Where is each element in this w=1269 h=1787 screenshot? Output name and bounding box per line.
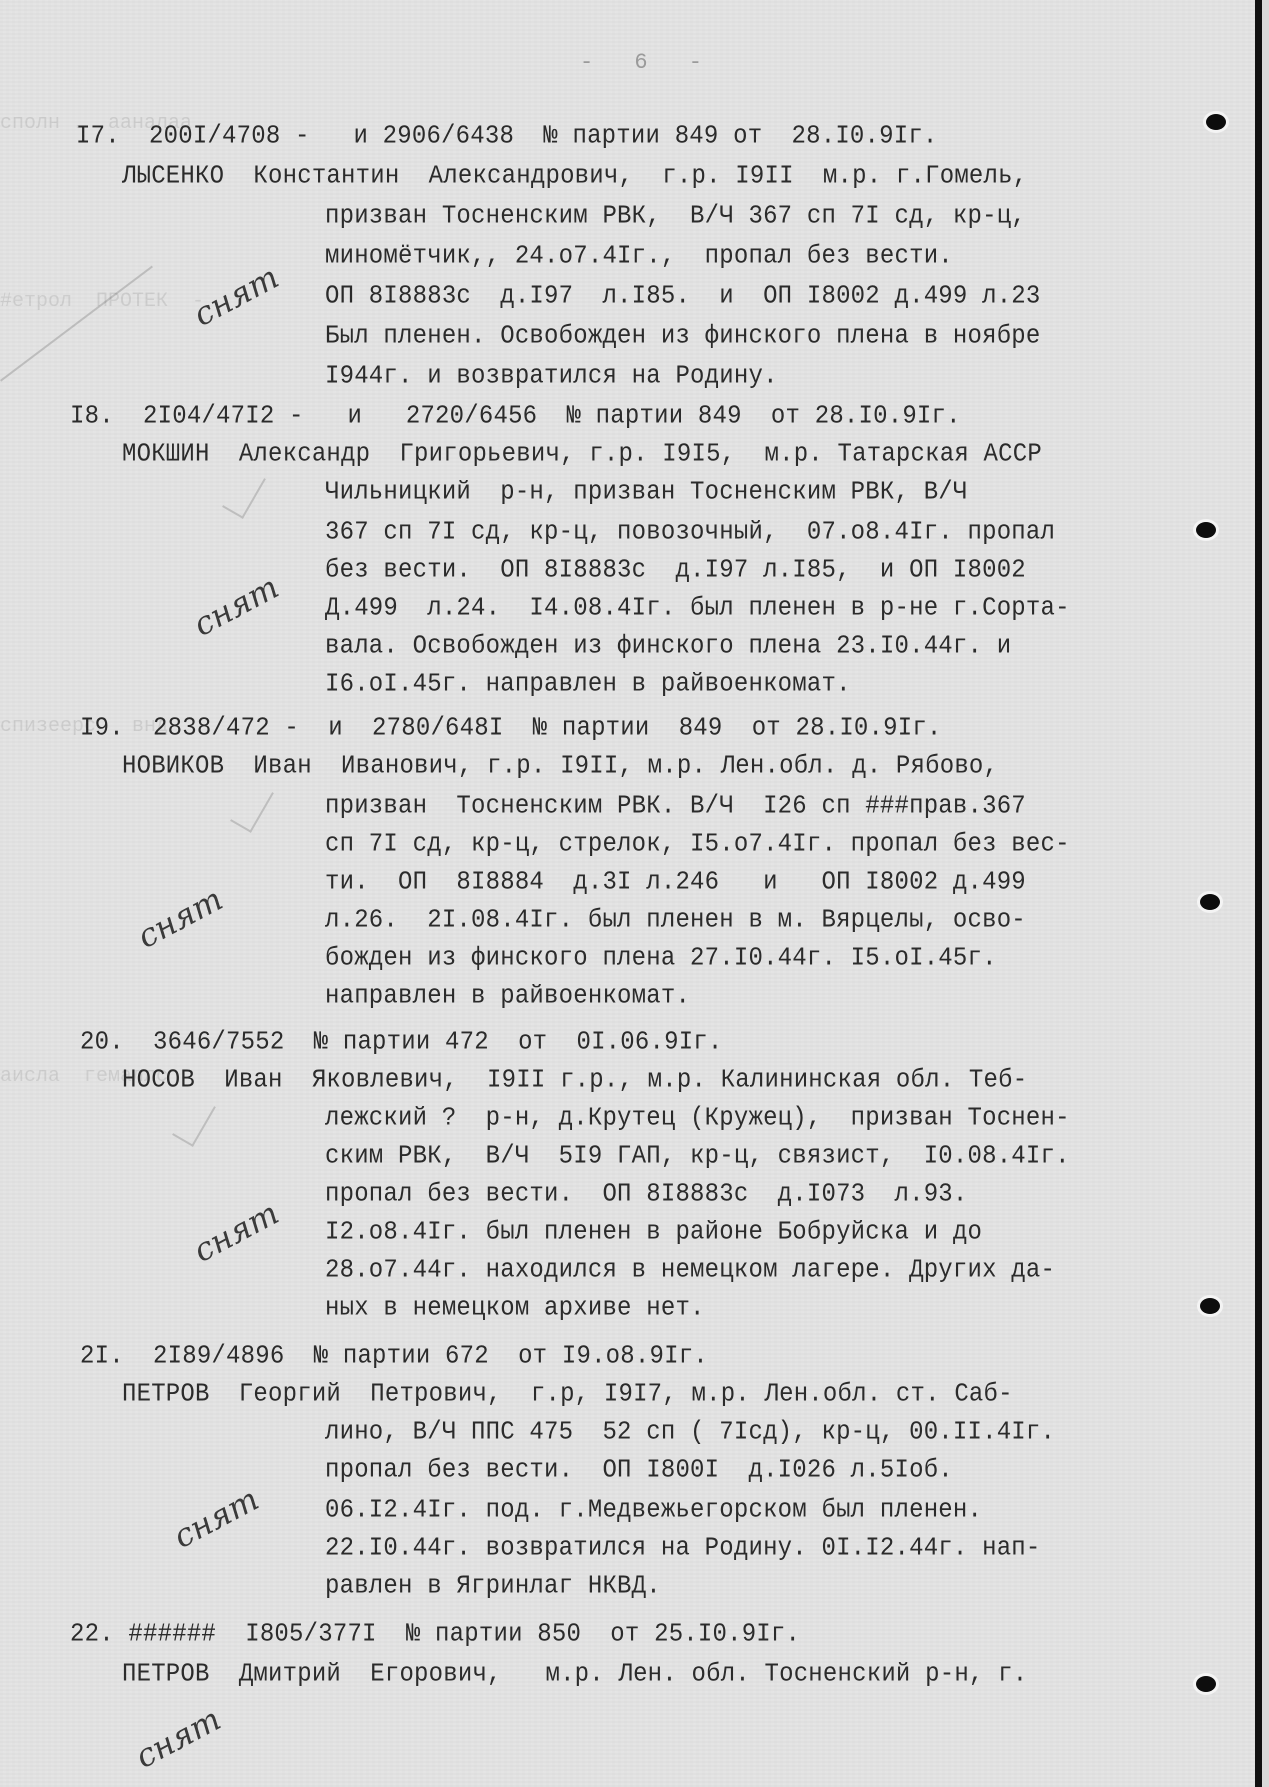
entry-17-line: Был пленен. Освобожден из финского плена… [325, 322, 1041, 351]
handwritten-annotation: снят [187, 568, 285, 644]
entry-19-name: НОВИКОВ Иван Иванович, г.р. I9II, м.р. Л… [122, 752, 998, 781]
entry-18-line: вала. Освобожден из финского плена 23.I0… [325, 632, 1011, 661]
entry-19-line: ти. ОП 8I8884 д.3I л.246 и ОП I8002 д.49… [325, 868, 1026, 897]
entry-20-line: I2.о8.4Iг. был пленен в районе Бобруйска… [325, 1218, 982, 1247]
check-mark [172, 1095, 216, 1147]
entry-19-line: призван Тосненским РВК. В/Ч I26 сп ###пр… [325, 792, 1026, 821]
entry-18-name: МОКШИН Александр Григорьевич, г.р. I9I5,… [122, 440, 1042, 469]
punch-hole [1200, 894, 1220, 910]
page-number: - 6 - [580, 50, 716, 75]
entry-20-line: лежский ? р-н, д.Крутец (Кружец), призва… [325, 1104, 1070, 1133]
entry-21-header: 2I. 2I89/4896 № партии 672 от I9.о8.9Iг. [80, 1342, 708, 1371]
document-page: сполн . ааналаа #етрол ПРОТЕК - спизеерс… [0, 0, 1262, 1787]
entry-19-header: I9. 2838/472 - и 2780/648I № партии 849 … [80, 714, 942, 743]
check-mark [230, 781, 274, 833]
handwritten-annotation: снят [129, 1700, 227, 1776]
entry-22-header: 22. ###### I805/377I № партии 850 от 25.… [70, 1620, 800, 1649]
entry-18-line: 367 сп 7I сд, кр-ц, повозочный, 07.о8.4I… [325, 518, 1055, 547]
entry-21-line: пропал без вести. ОП I800I д.I026 л.5Iоб… [325, 1456, 953, 1485]
entry-19-line: божден из финского плена 27.I0.44г. I5.о… [325, 944, 997, 973]
handwritten-annotation: снят [187, 258, 285, 334]
entry-21-name: ПЕТРОВ Георгий Петрович, г.р, I9I7, м.р.… [122, 1380, 1013, 1409]
entry-20-header: 20. 3646/7552 № партии 472 от 0I.06.9Iг. [80, 1028, 723, 1057]
entry-18-line: Д.499 л.24. I4.08.4Iг. был пленен в р-не… [325, 594, 1070, 623]
entry-20-line: 28.о7.44г. находился в немецком лагере. … [325, 1256, 1055, 1285]
scan-edge [1255, 0, 1262, 1787]
check-mark [222, 467, 266, 519]
entry-20-line: пропал без вести. ОП 8I8883с д.I073 л.93… [325, 1180, 968, 1209]
entry-20-name: НОСОВ Иван Яковлевич, I9II г.р., м.р. Ка… [122, 1066, 1027, 1095]
entry-19-line: направлен в райвоенкомат. [325, 982, 690, 1011]
bleed-through-text: #етрол ПРОТЕК - [0, 290, 204, 313]
entry-17-name: ЛЫСЕНКО Константин Александрович, г.р. I… [122, 162, 1027, 191]
entry-18-line: без вести. ОП 8I8883с д.I97 л.I85, и ОП … [325, 556, 1026, 585]
entry-22-name: ПЕТРОВ Дмитрий Егорович, м.р. Лен. обл. … [122, 1660, 1027, 1689]
entry-21-line: 22.I0.44г. возвратился на Родину. 0I.I2.… [325, 1534, 1041, 1563]
entry-20-line: ским РВК, В/Ч 5I9 ГАП, кр-ц, связист, I0… [325, 1142, 1070, 1171]
handwritten-annotation: снят [187, 1194, 285, 1270]
punch-hole [1206, 114, 1226, 130]
pencil-stroke [0, 266, 153, 382]
punch-hole [1200, 1298, 1220, 1314]
handwritten-annotation: снят [131, 880, 229, 956]
entry-17-line: призван Тосненским РВК, В/Ч 367 сп 7I сд… [325, 202, 1026, 231]
entry-21-line: равлен в Ягринлаг НКВД. [325, 1572, 661, 1601]
entry-17-header: I7. 200I/4708 - и 2906/6438 № партии 849… [76, 122, 938, 151]
handwritten-annotation: снят [167, 1480, 265, 1556]
entry-20-line: ных в немецком архиве нет. [325, 1294, 705, 1323]
entry-19-line: сп 7I сд, кр-ц, стрелок, I5.о7.4Iг. проп… [325, 830, 1070, 859]
entry-17-line: миномётчик,, 24.о7.4Iг., пропал без вест… [325, 242, 953, 271]
entry-21-line: 06.I2.4Iг. под. г.Медвежьегорском был пл… [325, 1496, 982, 1525]
entry-17-line: I944г. и возвратился на Родину. [325, 362, 778, 391]
entry-17-line: ОП 8I8883с д.I97 л.I85. и ОП I8002 д.499… [325, 282, 1041, 311]
punch-hole [1196, 1676, 1216, 1692]
entry-21-line: лино, В/Ч ППС 475 52 сп ( 7Iсд), кр-ц, 0… [325, 1418, 1055, 1447]
entry-19-line: л.26. 2I.08.4Iг. был пленен в м. Вярцелы… [325, 906, 1026, 935]
entry-18-header: I8. 2I04/47I2 - и 2720/6456 № партии 849… [70, 402, 961, 431]
entry-18-line: I6.оI.45г. направлен в райвоенкомат. [325, 670, 851, 699]
punch-hole [1196, 522, 1216, 538]
entry-18-line: Чильницкий р-н, призван Тосненским РВК, … [325, 478, 968, 507]
